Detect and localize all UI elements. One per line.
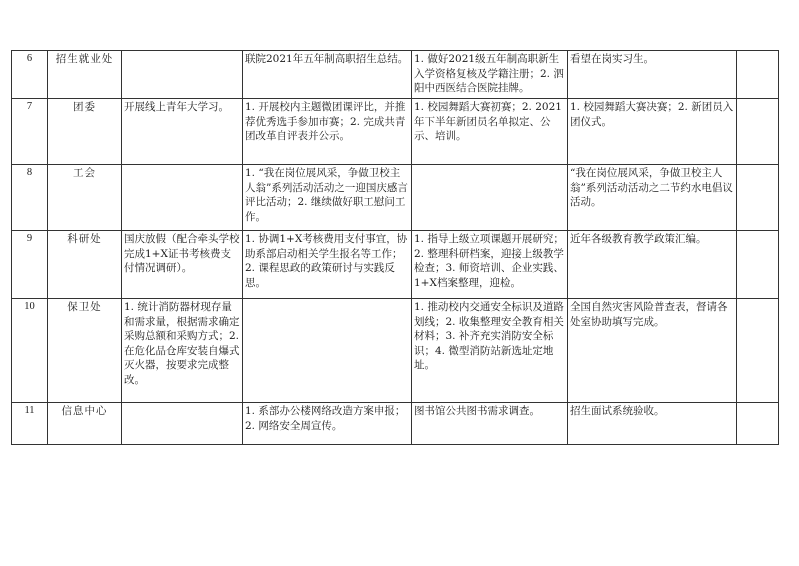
task-cell: 图书馆公共图书需求调查。 — [412, 403, 568, 445]
table-row: 8 工会 1. “我在岗位展风采，争做卫校主人翁”系列活动活动之一迎国庆感言评比… — [12, 165, 779, 231]
department-name: 信息中心 — [48, 403, 122, 445]
row-number: 7 — [12, 99, 48, 165]
remarks-cell — [737, 299, 779, 403]
task-cell: 招生面试系统验收。 — [568, 403, 737, 445]
task-cell — [122, 51, 243, 99]
task-cell: 1. 指导上级立项课题开展研究；2. 整理科研档案，迎接上级教学检查；3. 师资… — [412, 231, 568, 299]
remarks-cell — [737, 165, 779, 231]
task-cell: 开展线上青年大学习。 — [122, 99, 243, 165]
table-row: 11 信息中心 1. 系部办公楼网络改造方案申报；2. 网络安全周宣传。 图书馆… — [12, 403, 779, 445]
department-name: 工会 — [48, 165, 122, 231]
task-cell: 1. 推动校内交通安全标识及道路划线；2. 收集整理安全教育相关材料；3. 补齐… — [412, 299, 568, 403]
task-cell: 1. 校园舞蹈大赛初赛；2. 2021年下半年新团员名单拟定、公示、培训。 — [412, 99, 568, 165]
work-plan-table: 6 招生就业处 联院2021年五年制高职招生总结。 1. 做好2021级五年制高… — [11, 50, 779, 445]
task-cell — [122, 403, 243, 445]
task-cell — [243, 299, 412, 403]
task-cell: 1. 开展校内主题微团课评比，并推荐优秀选手参加市赛；2. 完成共青团改革自评表… — [243, 99, 412, 165]
row-number: 9 — [12, 231, 48, 299]
department-name: 保卫处 — [48, 299, 122, 403]
remarks-cell — [737, 51, 779, 99]
task-cell: 联院2021年五年制高职招生总结。 — [243, 51, 412, 99]
row-number: 10 — [12, 299, 48, 403]
row-number: 11 — [12, 403, 48, 445]
department-name: 科研处 — [48, 231, 122, 299]
table-row: 7 团委 开展线上青年大学习。 1. 开展校内主题微团课评比，并推荐优秀选手参加… — [12, 99, 779, 165]
department-name: 招生就业处 — [48, 51, 122, 99]
task-cell: 国庆放假（配合牵头学校完成1+X证书考核费支付情况调研）。 — [122, 231, 243, 299]
remarks-cell — [737, 231, 779, 299]
task-cell: “我在岗位展风采，争做卫校主人翁”系列活动活动之二节约水电倡议活动。 — [568, 165, 737, 231]
row-number: 8 — [12, 165, 48, 231]
row-number: 6 — [12, 51, 48, 99]
task-cell: 1. 统计消防器材现存量和需求量，根据需求确定采购总额和采购方式；2. 在危化品… — [122, 299, 243, 403]
department-name: 团委 — [48, 99, 122, 165]
remarks-cell — [737, 403, 779, 445]
task-cell: 1. 做好2021级五年制高职新生入学资格复核及学籍注册；2. 泗阳中西医结合医… — [412, 51, 568, 99]
table-row: 10 保卫处 1. 统计消防器材现存量和需求量，根据需求确定采购总额和采购方式；… — [12, 299, 779, 403]
table-row: 9 科研处 国庆放假（配合牵头学校完成1+X证书考核费支付情况调研）。 1. 协… — [12, 231, 779, 299]
table-row: 6 招生就业处 联院2021年五年制高职招生总结。 1. 做好2021级五年制高… — [12, 51, 779, 99]
task-cell: 看望在岗实习生。 — [568, 51, 737, 99]
task-cell: 1. 系部办公楼网络改造方案申报；2. 网络安全周宣传。 — [243, 403, 412, 445]
remarks-cell — [737, 99, 779, 165]
task-cell: 1. 校园舞蹈大赛决赛；2. 新团员入团仪式。 — [568, 99, 737, 165]
task-cell: 1. “我在岗位展风采，争做卫校主人翁”系列活动活动之一迎国庆感言评比活动；2.… — [243, 165, 412, 231]
task-cell — [412, 165, 568, 231]
task-cell: 1. 协调1+X考核费用支付事宜，协助系部启动相关学生报名等工作；2. 课程思政… — [243, 231, 412, 299]
task-cell: 近年各级教育教学政策汇编。 — [568, 231, 737, 299]
task-cell — [122, 165, 243, 231]
task-cell: 全国自然灾害风险普查表，督请各处室协助填写完成。 — [568, 299, 737, 403]
